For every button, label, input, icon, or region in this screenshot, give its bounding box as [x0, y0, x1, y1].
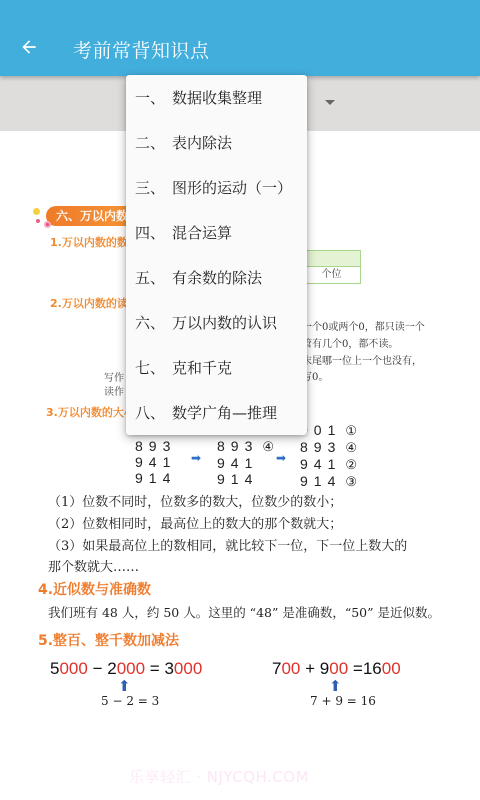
compare-column-1: 893 941 914 [135, 438, 176, 486]
compare-rule: 那个数就大…… [48, 556, 139, 575]
subheading-2: 2.万以内数的读 [50, 295, 128, 311]
rule-line: 管有几个0，都不读。 [302, 335, 398, 350]
rule-line: 一个0或两个0，都只读一个 [302, 318, 425, 333]
compare-rule: （3）如果最高位上的数相同，就比较下一位，下一位上数大的 [48, 535, 407, 554]
menu-item-7[interactable]: 七、克和千克 [126, 345, 307, 390]
equation-1-hint: 5 − 2 = 3 [101, 694, 159, 708]
decor-dot-icon [36, 219, 40, 223]
decor-dot-icon [33, 208, 40, 215]
equation-1: 5000 − 2000 = 3000 [50, 659, 202, 679]
chapter-dropdown-menu: 一、数据收集整理 二、表内除法 三、图形的运动（一） 四、混合运算 五、有余数的… [126, 75, 307, 435]
decor-flower-icon [44, 221, 51, 228]
heading-4: 4.近似数与准确数 [38, 579, 151, 599]
menu-item-4[interactable]: 四、混合运算 [126, 210, 307, 255]
arrow-right-icon: ➡ [276, 451, 286, 465]
paragraph-4: 我们班有 48 人，约 50 人。这里的 “48” 是准确数，“50” 是近似数… [48, 603, 440, 621]
equation-2-hint: 7 + 9 = 16 [310, 694, 376, 708]
compare-column-3: 001① 893④ 941② 914③ [300, 422, 357, 490]
menu-item-2[interactable]: 二、表内除法 [126, 120, 307, 165]
arrow-left-icon [19, 37, 39, 57]
page-title: 考前常背知识点 [73, 36, 210, 63]
menu-item-6[interactable]: 六、万以内数的认识 [126, 300, 307, 345]
app-bar: 考前常背知识点 [0, 0, 480, 76]
read-label: 读作 [104, 383, 124, 398]
watermark: 乐享轻汇 · NJYCQH.COM [129, 766, 309, 787]
menu-item-8[interactable]: 八、数学广角—推理 [126, 390, 307, 435]
rule-line: 末尾哪一位上一个也没有， [302, 352, 422, 367]
arrow-up-icon: ⬆ [118, 677, 131, 695]
back-button[interactable] [14, 32, 44, 62]
menu-item-3[interactable]: 三、图形的运动（一） [126, 165, 307, 210]
subheading-1: 1.万以内数的数 [50, 234, 128, 250]
menu-item-1[interactable]: 一、数据收集整理 [126, 75, 307, 120]
compare-rule: （1）位数不同时，位数多的数大，位数少的数小； [48, 491, 342, 510]
compare-column-2: 893④ 941 914 [217, 438, 274, 487]
subheading-3: 3.万以内数的大小 [46, 404, 135, 420]
caret-down-icon[interactable] [325, 100, 335, 105]
menu-item-5[interactable]: 五、有余数的除法 [126, 255, 307, 300]
write-label: 写作 [104, 369, 124, 384]
arrow-up-icon: ⬆ [329, 677, 342, 695]
compare-rule: （2）位数相同时，最高位上的数大的那个数就大； [48, 513, 342, 532]
arrow-right-icon: ➡ [191, 451, 201, 465]
table-cell: 个位 [303, 267, 360, 283]
heading-5: 5.整百、整千数加减法 [38, 630, 179, 650]
equation-2: 700 + 900 =1600 [272, 659, 401, 679]
